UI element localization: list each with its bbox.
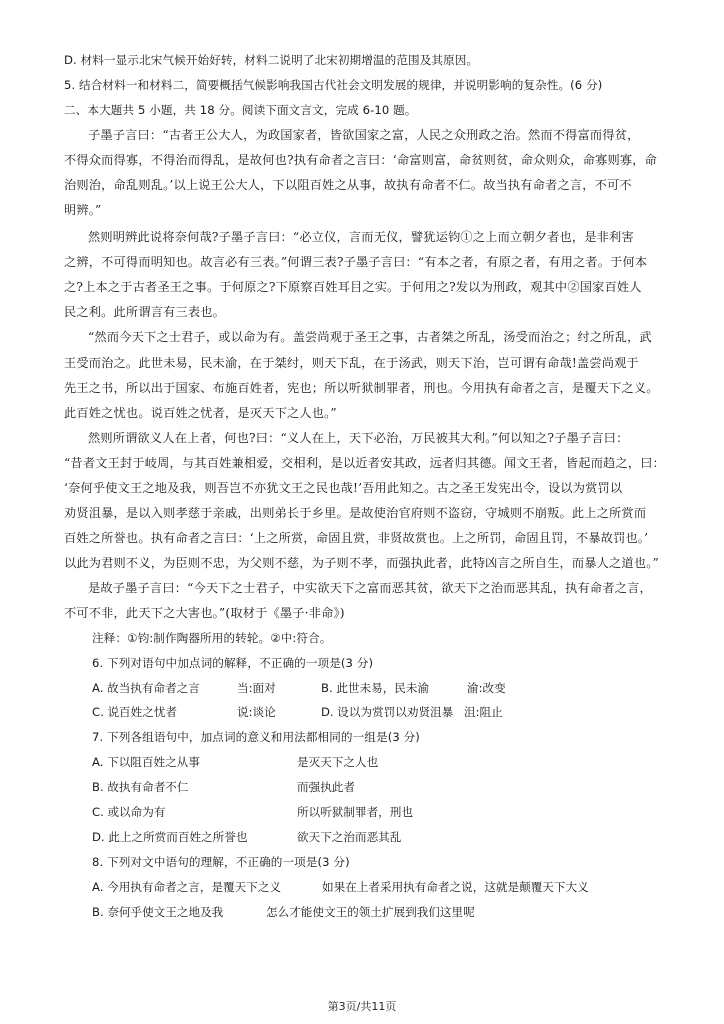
passage-p2-line: 之?上本之于古者圣王之事。于何原之?下原察百姓耳目之实。于何用之?发以为刑政，观… xyxy=(64,279,664,295)
passage-p1-line: 不得众而得寡，不得治而得乱，是故何也?执有命者之言曰：‘命富则富，命贫则贫，命众… xyxy=(64,152,664,168)
q6-option-b: B. 此世未易，民未渝 xyxy=(321,680,429,696)
q7-option-d-right: 欲天下之治而恶其乱 xyxy=(297,829,401,845)
section-two-header: 二、本大题共 5 小题，共 18 分。阅读下面文言文，完成 6-10 题。 xyxy=(64,102,664,118)
passage-p3-line: 此百姓之忧也。说百姓之忧者，是灭天下之人也。” xyxy=(64,405,664,421)
q6-option-d-gloss: 沮:阻止 xyxy=(464,704,503,720)
q8-option-a-right: 如果在上者采用执有命者之说，这就是颠覆天下大义 xyxy=(322,879,589,895)
passage-p3-line: 先王之书，所以出于国家、布施百姓者，宪也；所以听狱制罪者，刑也。今用执有命者之言… xyxy=(64,380,664,396)
question-5: 5. 结合材料一和材料二，简要概括气候影响我国古代社会文明发展的规律，并说明影响… xyxy=(64,77,664,93)
q7-option-c-left: C. 或以命为有 xyxy=(92,804,165,820)
q7-option-b-right: 而强执此者 xyxy=(297,779,355,795)
passage-p2-line: 民之利。此所谓言有三表也。 xyxy=(64,304,664,320)
q7-option-a-left: A. 下以阻百姓之从事 xyxy=(92,754,200,770)
passage-p1-line: 明辨。” xyxy=(64,202,664,218)
q7-option-b-left: B. 故执有命者不仁 xyxy=(92,779,188,795)
passage-p4-line: 以此为君则不义，为臣则不忠，为父则不慈，为子则不孝，而强执此者，此特凶言之所自生… xyxy=(64,555,664,571)
q6-option-d: D. 设以为赏罚以劝贤沮暴 xyxy=(321,704,453,720)
passage-p2-line: 然则明辨此说将奈何哉?子墨子言曰：“必立仪，言而无仪，譬犹运钧①之上而立朝夕者也… xyxy=(88,229,688,245)
question-8-stem: 8. 下列对文中语句的理解，不正确的一项是(3 分) xyxy=(92,854,692,870)
passage-p1-line: 子墨子言曰：“古者王公大人，为政国家者，皆欲国家之富，人民之众刑政之治。然而不得… xyxy=(88,127,688,143)
exam-page: D. 材料一显示北宋气候开始好转，材料二说明了北宋初期增温的范围及其原因。 5.… xyxy=(0,0,724,1024)
q8-option-b-right: 怎么才能使文王的领土扩展到我们这里呢 xyxy=(266,904,475,920)
q7-option-c-right: 所以听狱制罪者，刑也 xyxy=(297,804,413,820)
passage-p3-line: “然而今天下之士君子，或以命为有。盖尝尚观于圣王之事，古者桀之所乱，汤受而治之；… xyxy=(88,329,688,345)
passage-p5-line: 是故子墨子言曰：“今天下之士君子，中实欲天下之富而恶其贫，欲天下之治而恶其乱，执… xyxy=(88,580,688,596)
q6-option-a-gloss: 当:面对 xyxy=(237,680,276,696)
q7-option-a-right: 是灭天下之人也 xyxy=(297,754,378,770)
passage-p4-line: “昔者文王封于岐周，与其百姓兼相爱，交相利，是以近者安其政，远者归其德。闻文王者… xyxy=(64,455,664,471)
q7-option-d-left: D. 此上之所赏而百姓之所誉也 xyxy=(92,829,247,845)
passage-p4-line: ‘奈何乎使文王之地及我，则吾岂不亦犹文王之民也哉!’吾用此知之。古之圣王发宪出令… xyxy=(64,480,664,496)
q6-option-c-gloss: 说:谈论 xyxy=(237,704,276,720)
passage-p3-line: 王受而治之。此世未易，民未渝，在于桀纣，则天下乱，在于汤武，则天下治，岂可谓有命… xyxy=(64,355,664,371)
q6-option-a: A. 故当执有命者之言 xyxy=(92,680,200,696)
q6-option-b-gloss: 渝:改变 xyxy=(467,680,506,696)
q6-option-c: C. 说百姓之忧者 xyxy=(92,704,177,720)
question-7-stem: 7. 下列各组语句中，加点词的意义和用法都相同的一组是(3 分) xyxy=(92,729,692,745)
question-6-stem: 6. 下列对语句中加点词的解释，不正确的一项是(3 分) xyxy=(92,655,692,671)
q4-option-d: D. 材料一显示北宋气候开始好转，材料二说明了北宋初期增温的范围及其原因。 xyxy=(64,52,664,68)
passage-p4-line: 百姓之所誉也。执有命者之言曰：‘上之所赏，命固且赏，非贤故赏也。上之所罚，命固且… xyxy=(64,530,664,546)
passage-p4-line: 然则所谓欲义人在上者，何也?曰：“义人在上，天下必治，万民被其大利。”何以知之?… xyxy=(88,430,688,446)
passage-p4-line: 劝贤沮暴，是以入则孝慈于亲戚，出则弟长于乡里。是故使治官府则不盗窃，守城则不崩叛… xyxy=(64,505,664,521)
q8-option-b-left: B. 奈何乎使文王之地及我 xyxy=(92,904,223,920)
page-number-footer: 第3页/共11页 xyxy=(0,998,724,1014)
passage-p1-line: 治则治，命乱则乱。’以上说王公大人，下以阻百姓之从事，故执有命者不仁。故当执有命… xyxy=(64,177,664,193)
q8-option-a-left: A. 今用执有命者之言，是覆天下之义 xyxy=(92,879,281,895)
passage-p2-line: 之辨，不可得而明知也。故言必有三表。”何谓三表?子墨子言曰：“有本之者，有原之者… xyxy=(64,254,664,270)
passage-p5-line: 不可不非，此天下之大害也。”(取材于《墨子·非命》) xyxy=(64,605,664,621)
annotation-notes: 注释：①钧:制作陶器所用的转轮。②中:符合。 xyxy=(92,630,692,646)
